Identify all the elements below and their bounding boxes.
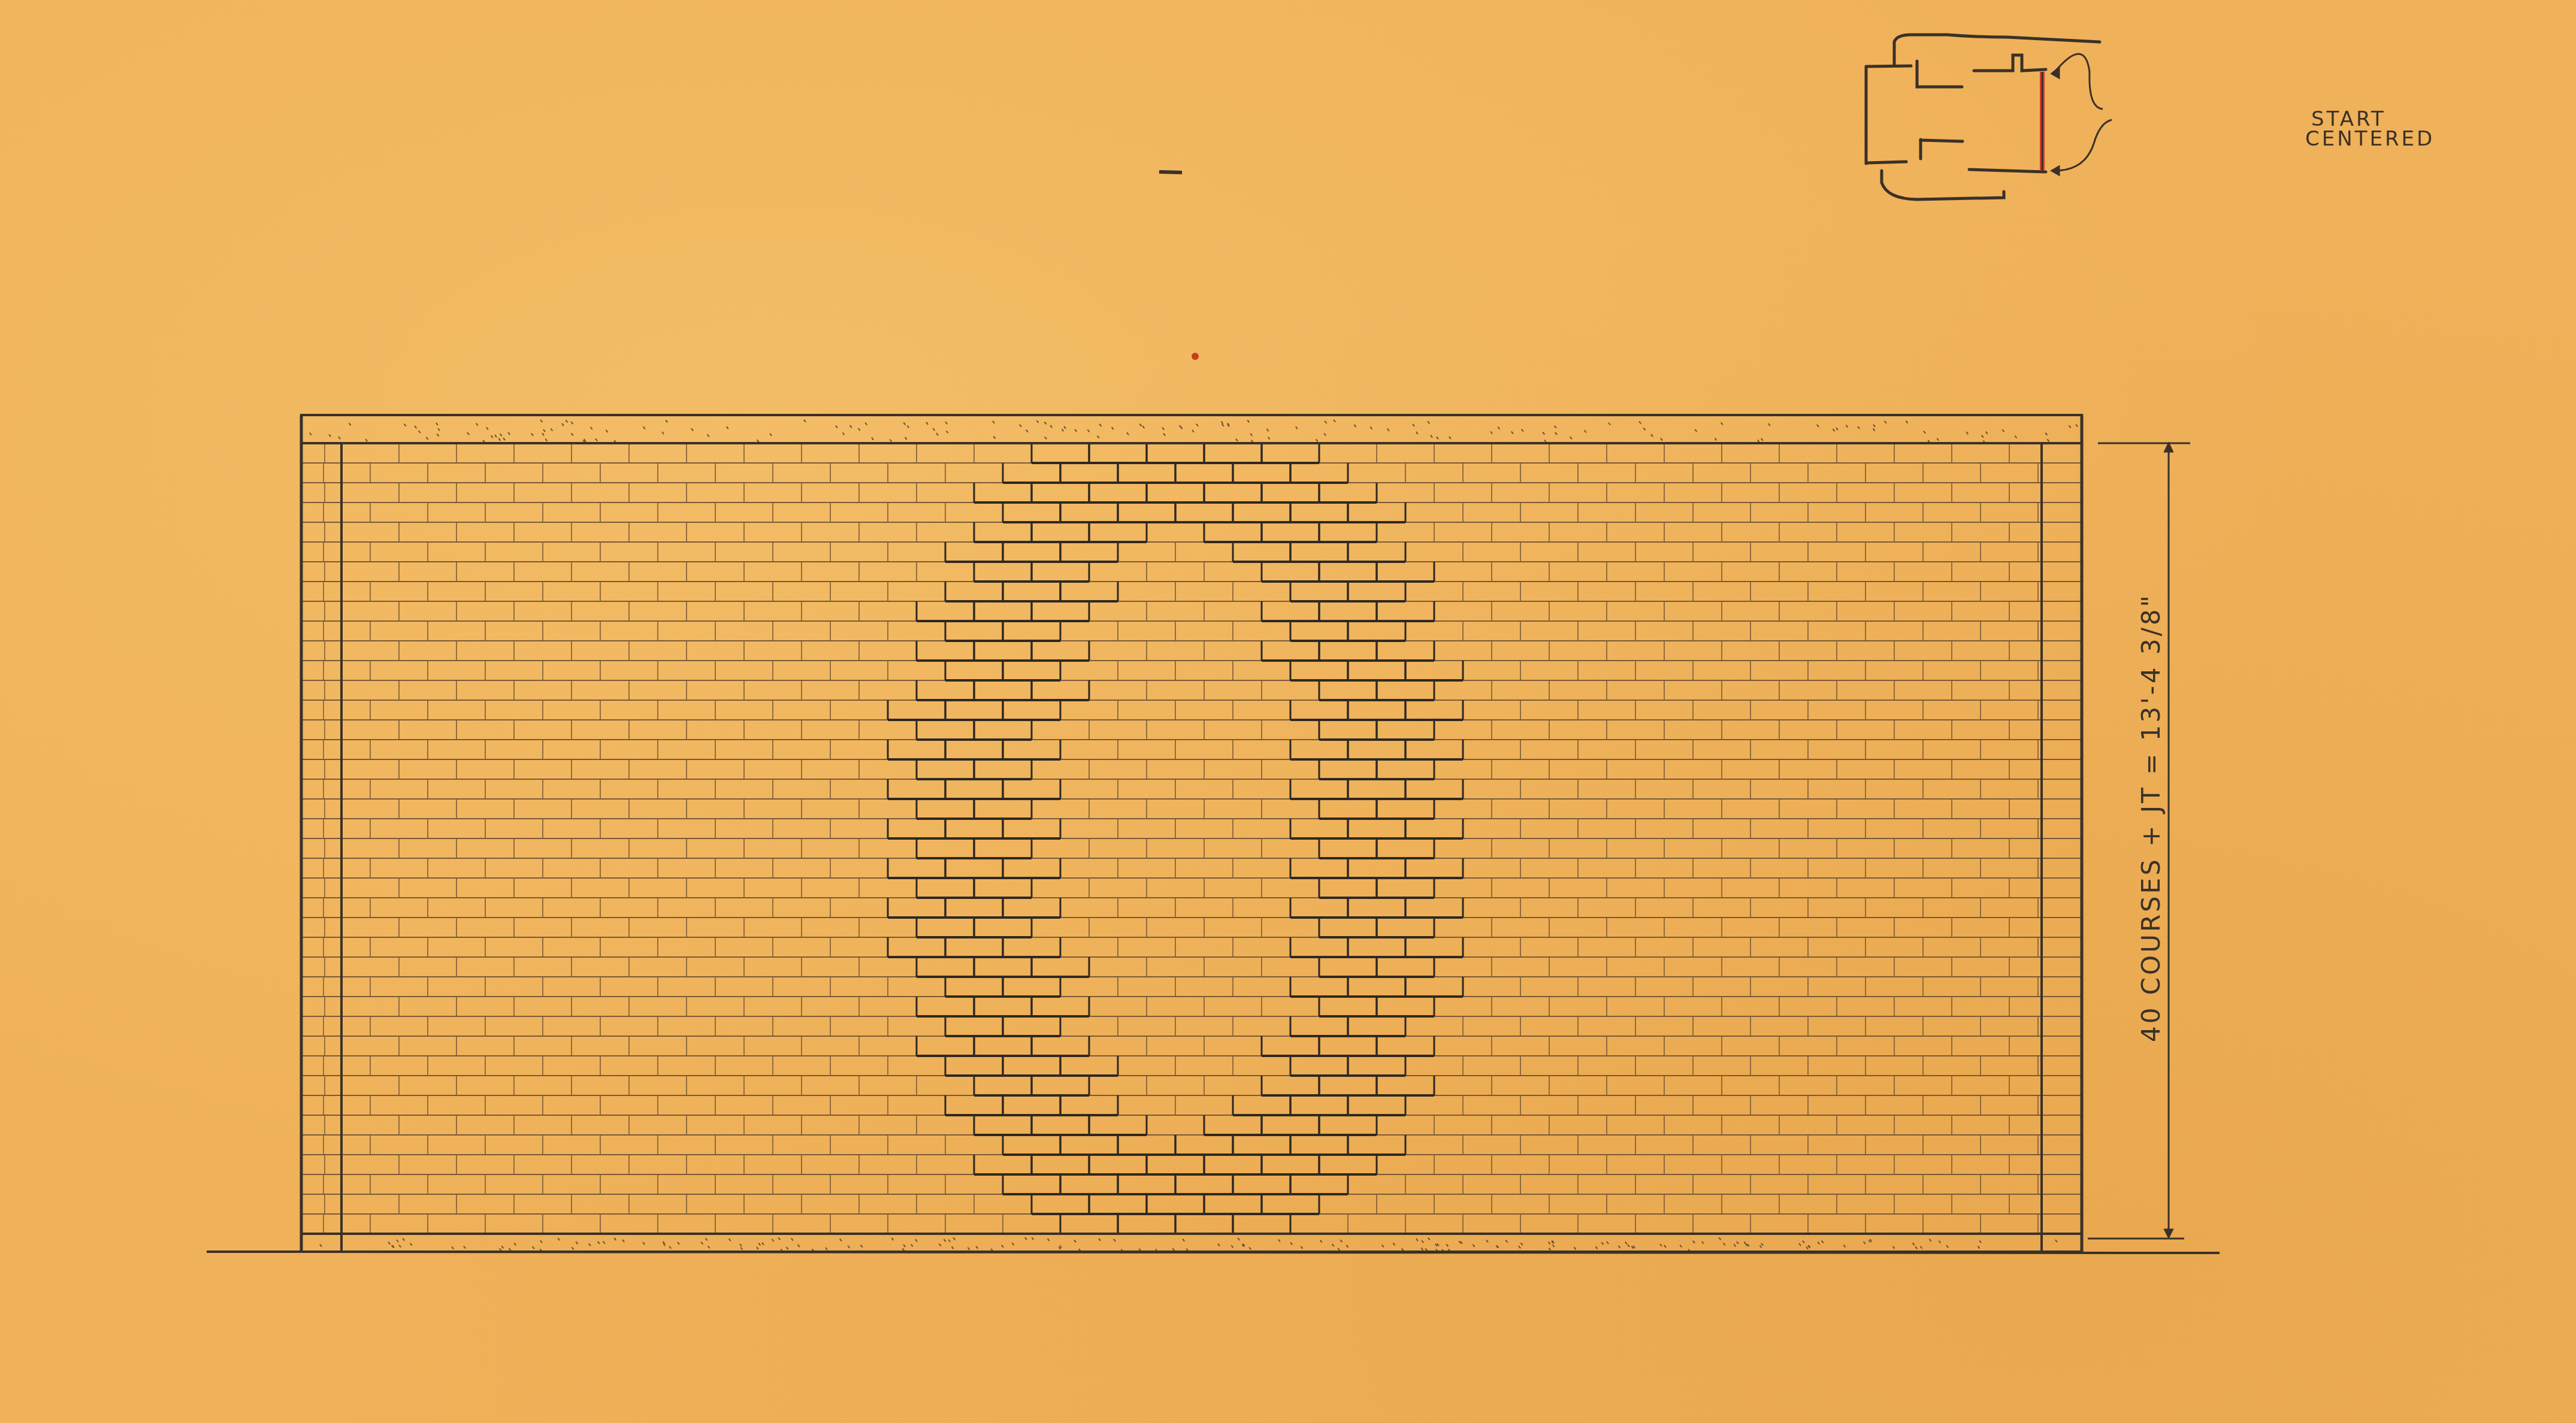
wall-elevation-drawing: 40 COURSES + JT = 13'-4 3/8" START CENTE… <box>0 0 2576 1423</box>
leader-arrows <box>2052 54 2112 175</box>
dimension-label: 40 COURSES + JT = 13'-4 3/8" <box>2136 593 2166 1042</box>
bottom-footing <box>301 1234 2082 1252</box>
brick-courses <box>301 420 2082 1252</box>
wall-frame <box>207 172 2220 1253</box>
ground-line <box>207 1252 2220 1253</box>
key-plan-note-centered: CENTERED <box>2305 127 2435 151</box>
top-coping <box>301 415 2082 443</box>
key-plan <box>1866 35 2100 199</box>
